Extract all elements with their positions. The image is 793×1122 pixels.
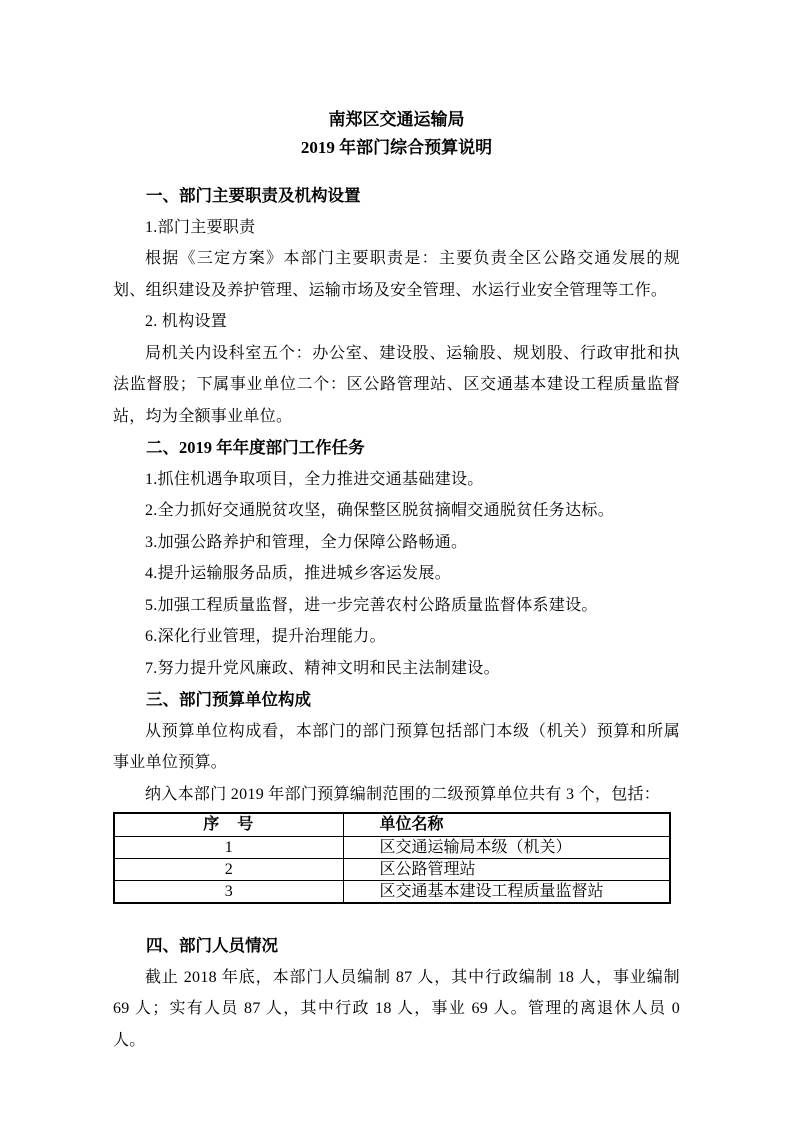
task-item-7: 7.努力提升党风廉政、精神文明和民主法制建设。 <box>113 653 680 685</box>
section-3-paragraph-2: 纳入本部门 2019 年部门预算编制范围的二级预算单位共有 3 个，包括： <box>113 779 680 811</box>
table-row: 3 区交通基本建设工程质量监督站 <box>114 881 670 904</box>
section-2-heading: 二、2019 年年度部门工作任务 <box>113 432 680 464</box>
task-item-1: 1.抓住机遇争取项目，全力推进交通基础建设。 <box>113 464 680 496</box>
table-cell-seq: 1 <box>114 837 343 859</box>
title-line-1: 南郑区交通运输局 <box>113 106 680 134</box>
table-header-row: 序 号 单位名称 <box>114 813 670 837</box>
section-1-subheading-2: 2. 机构设置 <box>113 306 680 338</box>
title-line-2: 2019 年部门综合预算说明 <box>113 134 680 162</box>
table-cell-seq: 2 <box>114 859 343 881</box>
table-row: 1 区交通运输局本级（机关） <box>114 837 670 859</box>
section-3-paragraph-1: 从预算单位构成看，本部门的部门预算包括部门本级（机关）预算和所属事业单位预算。 <box>113 716 680 779</box>
section-1-subheading-1: 1.部门主要职责 <box>113 212 680 244</box>
task-item-3: 3.加强公路养护和管理，全力保障公路畅通。 <box>113 527 680 559</box>
table-header-seq: 序 号 <box>114 813 343 837</box>
section-1-paragraph-2: 局机关内设科室五个：办公室、建设股、运输股、规划股、行政审批和执法监督股；下属事… <box>113 338 680 433</box>
document-title: 南郑区交通运输局 2019 年部门综合预算说明 <box>113 106 680 162</box>
task-item-2: 2.全力抓好交通脱贫攻坚，确保整区脱贫摘帽交通脱贫任务达标。 <box>113 495 680 527</box>
budget-units-table: 序 号 单位名称 1 区交通运输局本级（机关） 2 区公路管理站 3 区交通基本… <box>113 812 671 904</box>
section-4-heading: 四、部门人员情况 <box>113 930 680 962</box>
table-cell-name: 区交通基本建设工程质量监督站 <box>343 881 670 904</box>
task-item-4: 4.提升运输服务品质，推进城乡客运发展。 <box>113 558 680 590</box>
table-cell-name: 区交通运输局本级（机关） <box>343 837 670 859</box>
task-item-5: 5.加强工程质量监督，进一步完善农村公路质量监督体系建设。 <box>113 590 680 622</box>
task-item-6: 6.深化行业管理，提升治理能力。 <box>113 621 680 653</box>
section-3-heading: 三、部门预算单位构成 <box>113 684 680 716</box>
section-1-heading: 一、部门主要职责及机构设置 <box>113 180 680 212</box>
document-page: 南郑区交通运输局 2019 年部门综合预算说明 一、部门主要职责及机构设置 1.… <box>0 0 793 1122</box>
table-row: 2 区公路管理站 <box>114 859 670 881</box>
section-4-paragraph-1: 截止 2018 年底，本部门人员编制 87 人，其中行政编制 18 人，事业编制… <box>113 962 680 1057</box>
section-1-paragraph-1: 根据《三定方案》本部门主要职责是：主要负责全区公路交通发展的规划、组织建设及养护… <box>113 243 680 306</box>
table-cell-seq: 3 <box>114 881 343 904</box>
table-header-name: 单位名称 <box>343 813 670 837</box>
table-cell-name: 区公路管理站 <box>343 859 670 881</box>
